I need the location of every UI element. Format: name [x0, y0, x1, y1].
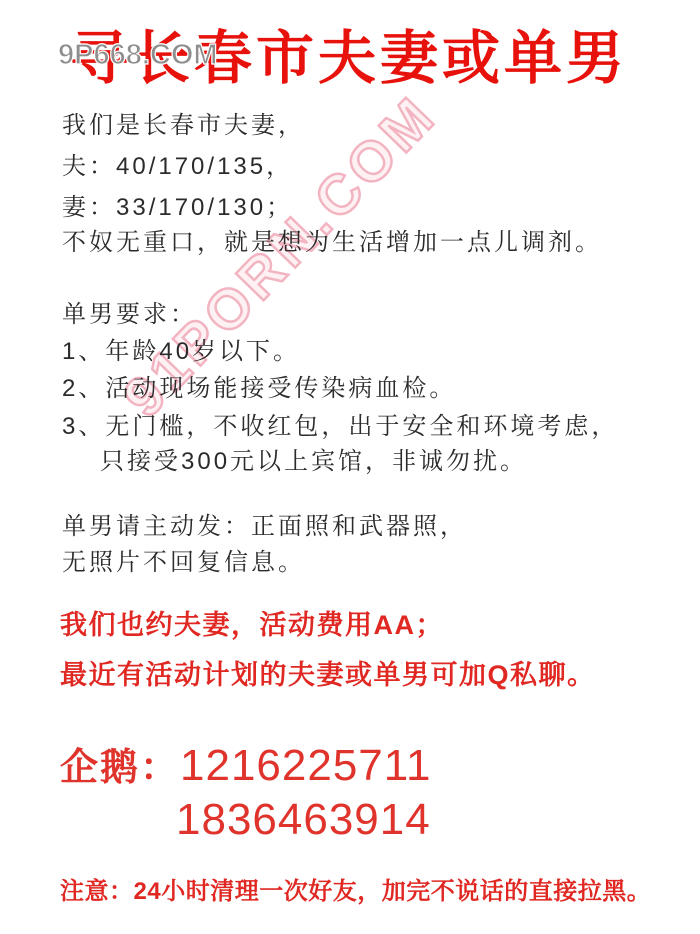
requirement-item-3: 3、无门槛，不收红包，出于安全和环境考虑， [62, 415, 618, 439]
qq-number-1: 1216225711 [180, 744, 431, 788]
qq-number-2: 1836463914 [176, 798, 431, 842]
contact-row: 企鹅： 1216225711 [60, 736, 431, 791]
requirements-heading: 单男要求： [62, 303, 197, 327]
requirement-item-1: 1、年龄40岁以下。 [62, 340, 300, 364]
requirement-item-2: 2、活动现场能接受传染病血检。 [62, 377, 456, 401]
intro-line-3: 妻：33/170/130； [62, 196, 293, 220]
notice-text: 注意：24小时清理一次好友，加完不说话的直接拉黑。 [60, 879, 651, 905]
photo-request-line-1: 单男请主动发：正面照和武器照， [62, 515, 467, 539]
requirement-item-3-continuation: 只接受300元以上宾馆，非诚勿扰。 [100, 450, 527, 474]
intro-line-1: 我们是长春市夫妻， [62, 114, 305, 138]
contact-label: 企鹅： [60, 736, 180, 791]
highlight-line-2: 最近有活动计划的夫妻或单男可加Q私聊。 [60, 662, 596, 689]
poster: 91PORN.COM 寻长春市夫妻或单男 9P668.COM 我们是长春市夫妻，… [0, 0, 700, 934]
photo-request-line-2: 无照片不回复信息。 [62, 551, 305, 575]
intro-line-2: 夫：40/170/135， [62, 155, 293, 179]
page-title: 寻长春市夫妻或单男 [70, 26, 628, 93]
highlight-line-1: 我们也约夫妻，活动费用AA； [60, 612, 444, 639]
intro-line-4: 不奴无重口，就是想为生活增加一点儿调剂。 [62, 231, 602, 255]
